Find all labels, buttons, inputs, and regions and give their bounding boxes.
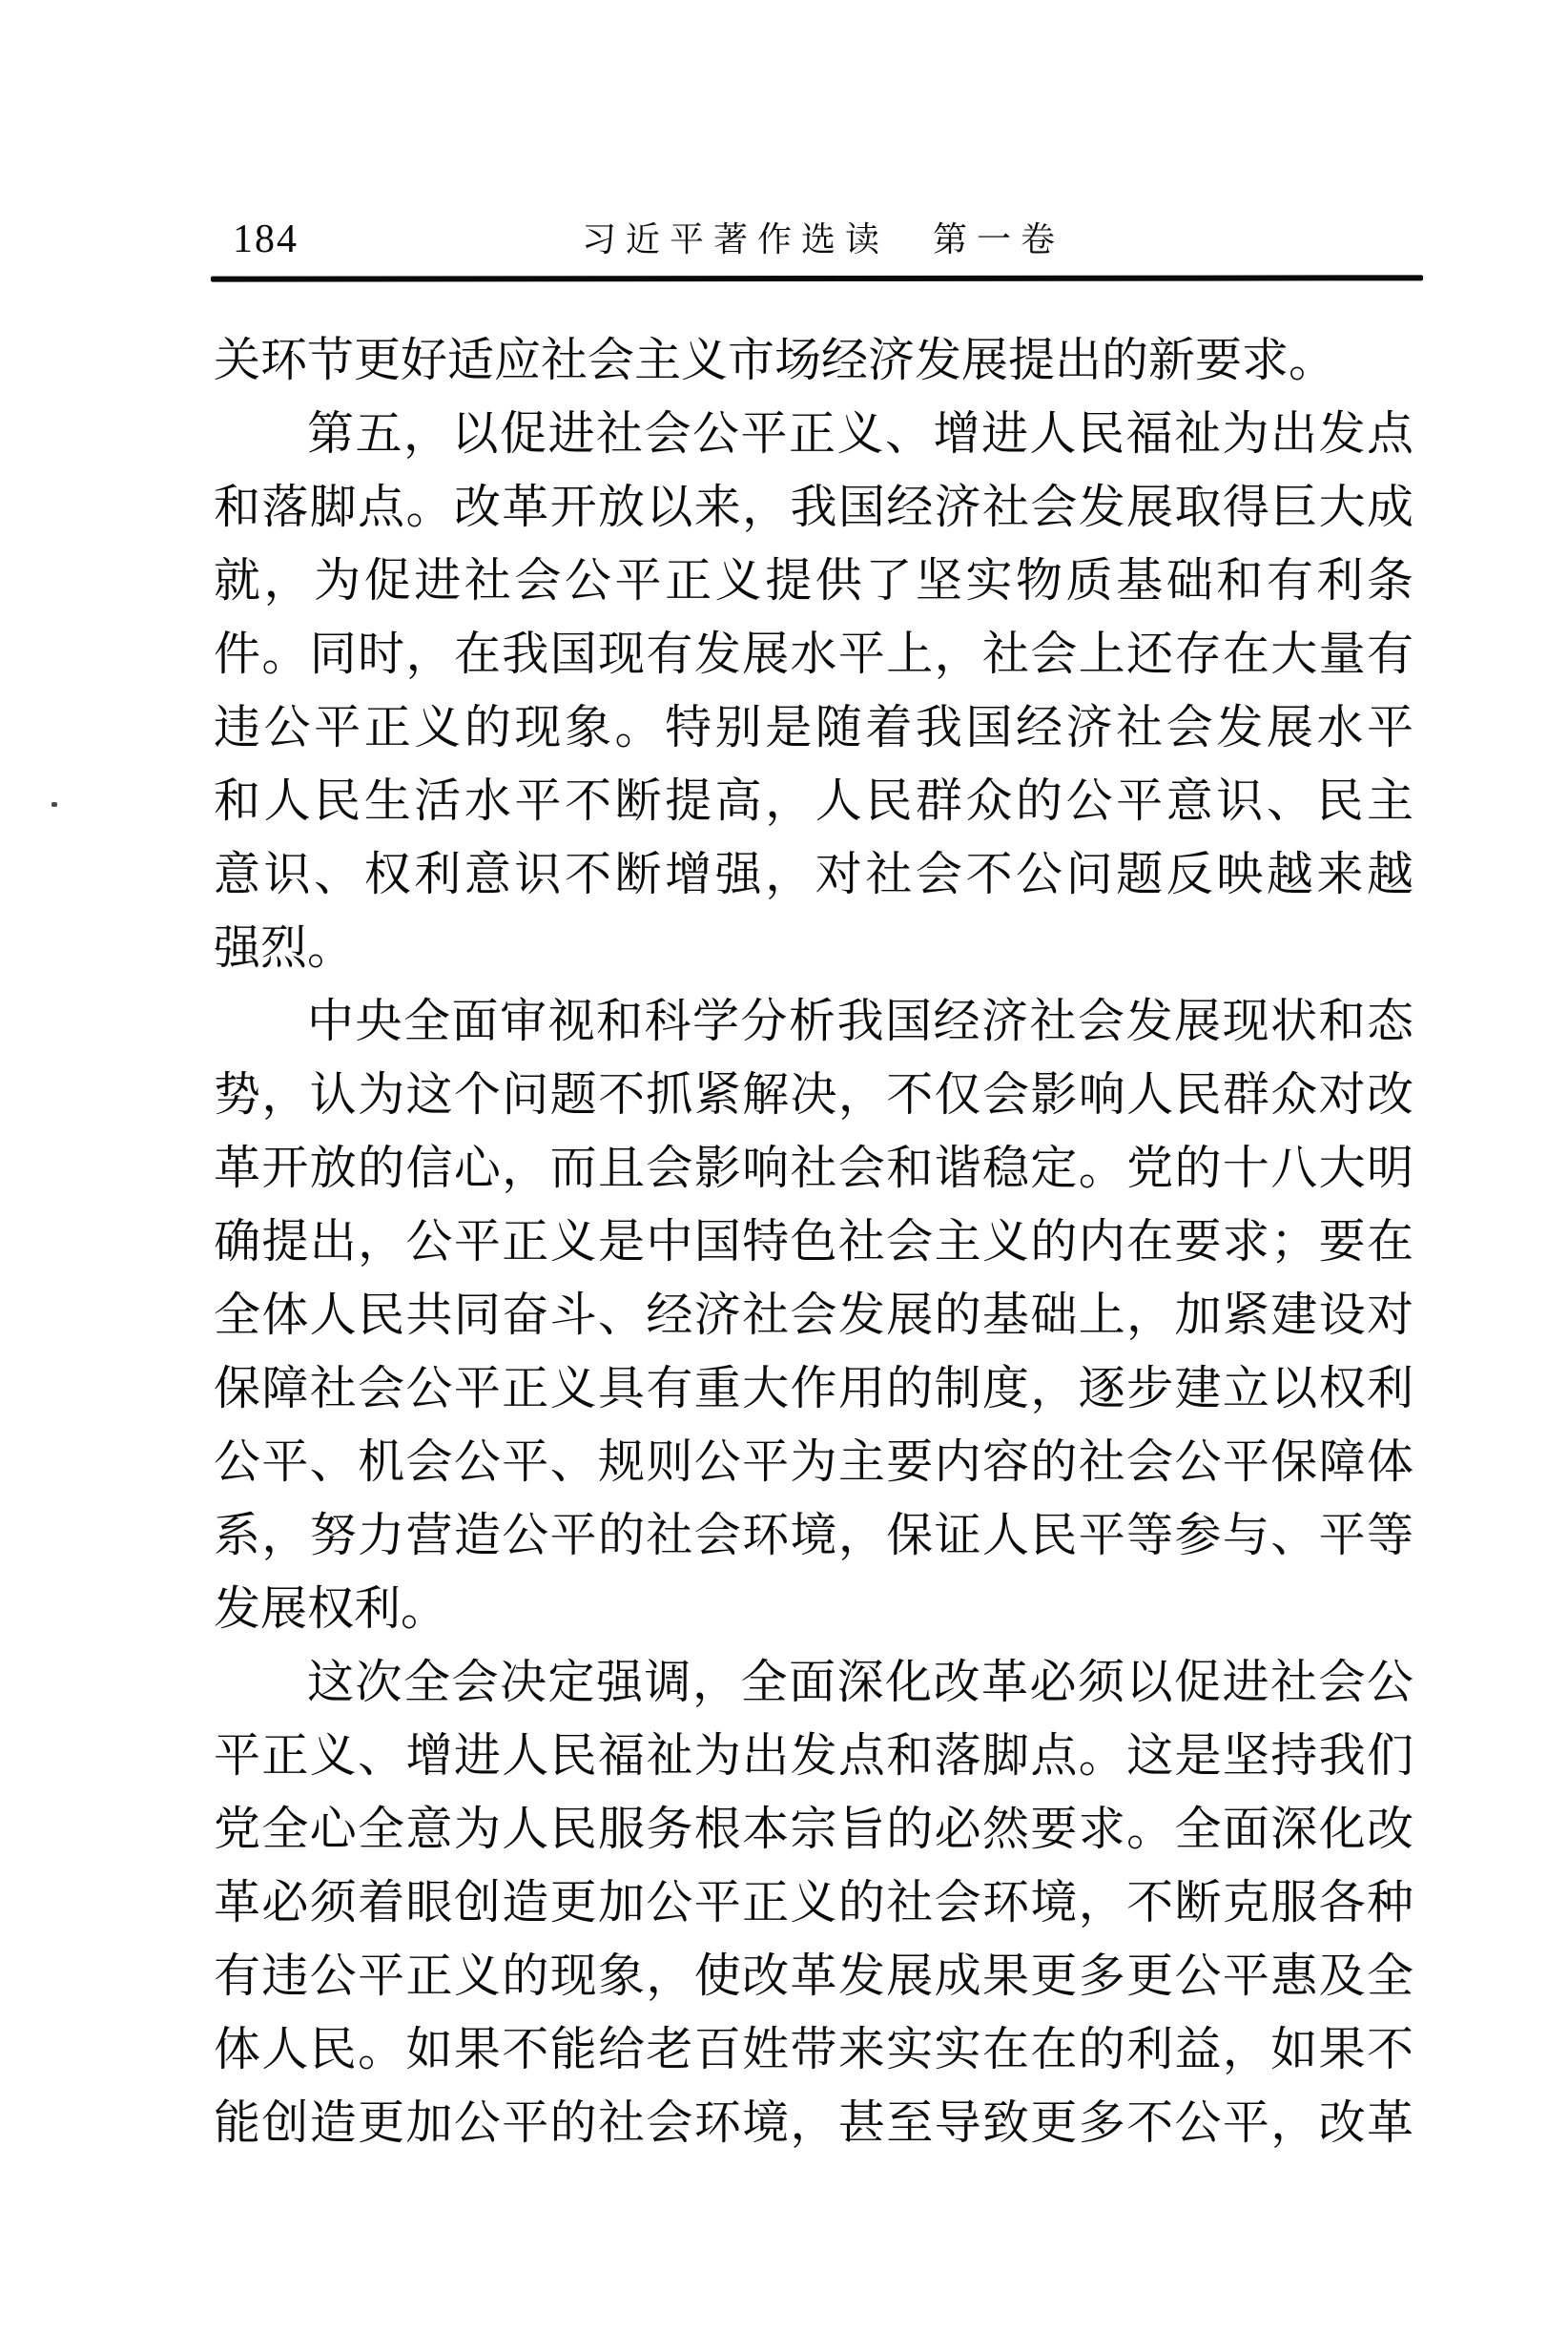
text-line: 意识、权利意识不断增强，对社会不公问题反映越来越: [214, 837, 1413, 911]
text-line: 关环节更好适应社会主义市场经济发展提出的新要求。: [214, 323, 1413, 397]
text-line: 和人民生活水平不断提高，人民群众的公平意识、民主: [214, 764, 1413, 837]
text-line: 有违公平正义的现象，使改革发展成果更多更公平惠及全: [214, 1939, 1413, 2012]
text-line: 就，为促进社会公平正义提供了坚实物质基础和有利条: [214, 544, 1413, 617]
text-line: 发展权利。: [214, 1572, 1413, 1645]
running-header-title: 习近平著作选读 第一卷: [582, 222, 1064, 257]
text-line: 件。同时，在我国现有发展水平上，社会上还存在大量有: [214, 617, 1413, 691]
text-line: 这次全会决定强调，全面深化改革必须以促进社会公: [214, 1645, 1413, 1719]
text-line: 强烈。: [214, 911, 1413, 984]
body-text: 关环节更好适应社会主义市场经济发展提出的新要求。第五，以促进社会公平正义、增进人…: [214, 323, 1413, 2159]
text-line: 和落脚点。改革开放以来，我国经济社会发展取得巨大成: [214, 470, 1413, 544]
text-line: 革必须着眼创造更加公平正义的社会环境，不断克服各种: [214, 1866, 1413, 1939]
book-page: 184 习近平著作选读 第一卷 关环节更好适应社会主义市场经济发展提出的新要求。…: [0, 0, 1568, 2352]
scan-artifact-dot: [52, 802, 57, 807]
text-line: 中央全面审视和科学分析我国经济社会发展现状和态: [214, 984, 1413, 1058]
text-line: 公平、机会公平、规则公平为主要内容的社会公平保障体: [214, 1425, 1413, 1498]
text-line: 能创造更加公平的社会环境，甚至导致更多不公平，改革: [214, 2086, 1413, 2159]
text-line: 确提出，公平正义是中国特色社会主义的内在要求；要在: [214, 1205, 1413, 1278]
text-line: 党全心全意为人民服务根本宗旨的必然要求。全面深化改: [214, 1792, 1413, 1866]
text-line: 全体人民共同奋斗、经济社会发展的基础上，加紧建设对: [214, 1278, 1413, 1351]
header-divider-rule: [211, 275, 1423, 281]
text-line: 第五，以促进社会公平正义、增进人民福祉为出发点: [214, 397, 1413, 470]
text-line: 违公平正义的现象。特别是随着我国经济社会发展水平: [214, 691, 1413, 764]
text-line: 系，努力营造公平的社会环境，保证人民平等参与、平等: [214, 1498, 1413, 1572]
text-line: 革开放的信心，而且会影响社会和谐稳定。党的十八大明: [214, 1131, 1413, 1205]
text-line: 平正义、增进人民福祉为出发点和落脚点。这是坚持我们: [214, 1719, 1413, 1792]
text-line: 体人民。如果不能给老百姓带来实实在在的利益，如果不: [214, 2012, 1413, 2086]
text-line: 保障社会公平正义具有重大作用的制度，逐步建立以权利: [214, 1351, 1413, 1425]
text-line: 势，认为这个问题不抓紧解决，不仅会影响人民群众对改: [214, 1058, 1413, 1131]
page-number: 184: [233, 219, 299, 259]
